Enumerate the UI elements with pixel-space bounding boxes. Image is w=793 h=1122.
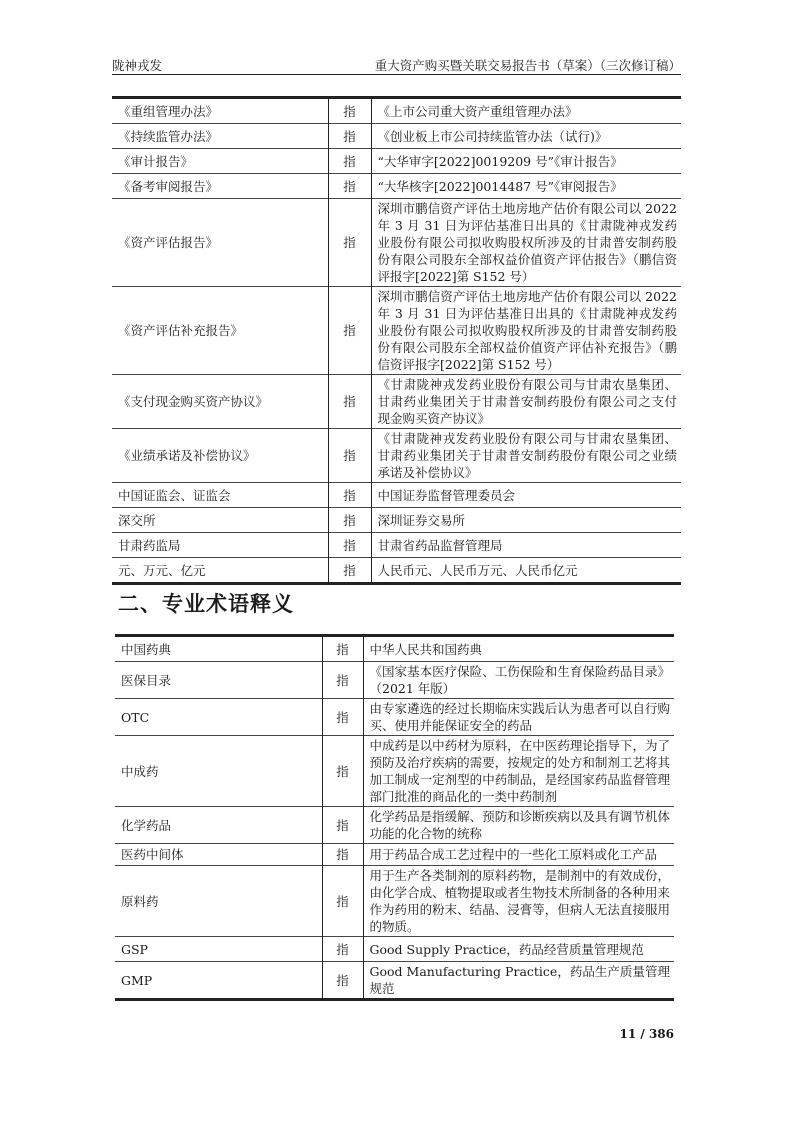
term-cell: 《备考审阅报告》 <box>112 174 328 199</box>
zhi-cell: 指 <box>328 149 371 174</box>
definition-cell: 用于生产各类制剂的原料药物，是制剂中的有效成份，由化学合成、植物提取或者生物技术… <box>363 866 674 937</box>
page-header: 陇神戎发 重大资产购买暨关联交易报告书（草案）（三次修订稿） <box>112 56 681 75</box>
table-row: 化学药品 指 化学药品是指缓解、预防和诊断疾病以及具有调节机体功能的化合物的统称 <box>115 807 674 844</box>
definitions-table: 《重组管理办法》 指 《上市公司重大资产重组管理办法》 《持续监管办法》 指 《… <box>112 96 681 585</box>
term-cell: 化学药品 <box>115 807 322 844</box>
zhi-cell: 指 <box>328 174 371 199</box>
term-cell: 中国药典 <box>115 636 322 662</box>
zhi-cell: 指 <box>322 844 363 866</box>
table-row: 原料药 指 用于生产各类制剂的原料药物，是制剂中的有效成份，由化学合成、植物提取… <box>115 866 674 937</box>
zhi-cell: 指 <box>328 199 371 287</box>
term-cell: 甘肃药监局 <box>112 533 328 558</box>
term-cell: 《审计报告》 <box>112 149 328 174</box>
zhi-cell: 指 <box>322 962 363 1000</box>
definition-cell: 《甘肃陇神戎发药业股份有限公司与甘肃农垦集团、甘肃药业集团关于甘肃普安制药股份有… <box>371 429 681 483</box>
table-row: 《备考审阅报告》 指 “大华核字[2022]0014487 号”《审阅报告》 <box>112 174 681 199</box>
table-row: GSP 指 Good Supply Practice，药品经营质量管理规范 <box>115 937 674 962</box>
zhi-cell: 指 <box>328 483 371 508</box>
term-cell: 中成药 <box>115 736 322 807</box>
term-cell: 医保目录 <box>115 662 322 699</box>
term-cell: 深交所 <box>112 508 328 533</box>
zhi-cell: 指 <box>322 636 363 662</box>
definition-cell: 由专家遴选的经过长期临床实践后认为患者可以自行购买、使用并能保证安全的药品 <box>363 699 674 736</box>
definition-cell: 《创业板上市公司持续监管办法（试行)》 <box>371 124 681 149</box>
definition-cell: 用于药品合成工艺过程中的一些化工原料或化工产品 <box>363 844 674 866</box>
definition-cell: 甘肃省药品监督管理局 <box>371 533 681 558</box>
zhi-cell: 指 <box>328 124 371 149</box>
definition-cell: 人民币元、人民币万元、人民币亿元 <box>371 558 681 584</box>
table-row: 《支付现金购买资产协议》 指 《甘肃陇神戎发药业股份有限公司与甘肃农垦集团、甘肃… <box>112 375 681 429</box>
table-row: 深交所 指 深圳证券交易所 <box>112 508 681 533</box>
zhi-cell: 指 <box>328 98 371 124</box>
table-row: 医药中间体 指 用于药品合成工艺过程中的一些化工原料或化工产品 <box>115 844 674 866</box>
definition-cell: 《甘肃陇神戎发药业股份有限公司与甘肃农垦集团、甘肃药业集团关于甘肃普安制药股份有… <box>371 375 681 429</box>
table-row: OTC 指 由专家遴选的经过长期临床实践后认为患者可以自行购买、使用并能保证安全… <box>115 699 674 736</box>
zhi-cell: 指 <box>322 866 363 937</box>
table-row: 《业绩承诺及补偿协议》 指 《甘肃陇神戎发药业股份有限公司与甘肃农垦集团、甘肃药… <box>112 429 681 483</box>
table-row: 医保目录 指 《国家基本医疗保险、工伤保险和生育保险药品目录》（2021 年版） <box>115 662 674 699</box>
zhi-cell: 指 <box>322 736 363 807</box>
term-cell: 元、万元、亿元 <box>112 558 328 584</box>
definition-cell: 《国家基本医疗保险、工伤保险和生育保险药品目录》（2021 年版） <box>363 662 674 699</box>
zhi-cell: 指 <box>322 807 363 844</box>
terms-table: 中国药典 指 中华人民共和国药典 医保目录 指 《国家基本医疗保险、工伤保险和生… <box>115 634 674 1001</box>
term-cell: 《重组管理办法》 <box>112 98 328 124</box>
zhi-cell: 指 <box>322 662 363 699</box>
term-cell: GSP <box>115 937 322 962</box>
definition-cell: Good Manufacturing Practice，药品生产质量管理规范 <box>363 962 674 1000</box>
page-number: 11 / 386 <box>620 1027 675 1041</box>
zhi-cell: 指 <box>322 699 363 736</box>
header-company: 陇神戎发 <box>112 56 162 74</box>
definition-cell: 中华人民共和国药典 <box>363 636 674 662</box>
definition-cell: 中国证券监督管理委员会 <box>371 483 681 508</box>
table-row: 中国证监会、证监会 指 中国证券监督管理委员会 <box>112 483 681 508</box>
zhi-cell: 指 <box>328 287 371 375</box>
definition-cell: 深圳市鹏信资产评估土地房地产估价有限公司以 2022 年 3 月 31 日为评估… <box>371 199 681 287</box>
zhi-cell: 指 <box>328 429 371 483</box>
term-cell: GMP <box>115 962 322 1000</box>
definition-cell: 深圳市鹏信资产评估土地房地产估价有限公司以 2022 年 3 月 31 日为评估… <box>371 287 681 375</box>
table-row: 甘肃药监局 指 甘肃省药品监督管理局 <box>112 533 681 558</box>
table-row: 《审计报告》 指 “大华审字[2022]0019209 号”《审计报告》 <box>112 149 681 174</box>
table-row: 《重组管理办法》 指 《上市公司重大资产重组管理办法》 <box>112 98 681 124</box>
table-row: 中成药 指 中成药是以中药材为原料，在中医药理论指导下，为了预防及治疗疾病的需要… <box>115 736 674 807</box>
table-row: GMP 指 Good Manufacturing Practice，药品生产质量… <box>115 962 674 1000</box>
table-row: 《资产评估报告》 指 深圳市鹏信资产评估土地房地产估价有限公司以 2022 年 … <box>112 199 681 287</box>
term-cell: 医药中间体 <box>115 844 322 866</box>
zhi-cell: 指 <box>328 533 371 558</box>
term-cell: 《业绩承诺及补偿协议》 <box>112 429 328 483</box>
term-cell: 原料药 <box>115 866 322 937</box>
term-cell: 《资产评估报告》 <box>112 199 328 287</box>
definition-cell: Good Supply Practice，药品经营质量管理规范 <box>363 937 674 962</box>
definition-cell: 深圳证券交易所 <box>371 508 681 533</box>
section-title: 二、专业术语释义 <box>118 588 294 618</box>
definition-cell: 《上市公司重大资产重组管理办法》 <box>371 98 681 124</box>
zhi-cell: 指 <box>328 508 371 533</box>
definition-cell: 化学药品是指缓解、预防和诊断疾病以及具有调节机体功能的化合物的统称 <box>363 807 674 844</box>
table-row: 元、万元、亿元 指 人民币元、人民币万元、人民币亿元 <box>112 558 681 584</box>
table-row: 中国药典 指 中华人民共和国药典 <box>115 636 674 662</box>
definition-cell: “大华核字[2022]0014487 号”《审阅报告》 <box>371 174 681 199</box>
table-row: 《持续监管办法》 指 《创业板上市公司持续监管办法（试行)》 <box>112 124 681 149</box>
definition-cell: 中成药是以中药材为原料，在中医药理论指导下，为了预防及治疗疾病的需要，按规定的处… <box>363 736 674 807</box>
definition-cell: “大华审字[2022]0019209 号”《审计报告》 <box>371 149 681 174</box>
term-cell: 中国证监会、证监会 <box>112 483 328 508</box>
term-cell: 《持续监管办法》 <box>112 124 328 149</box>
term-cell: 《支付现金购买资产协议》 <box>112 375 328 429</box>
header-document-title: 重大资产购买暨关联交易报告书（草案）（三次修订稿） <box>375 56 681 74</box>
zhi-cell: 指 <box>328 558 371 584</box>
term-cell: 《资产评估补充报告》 <box>112 287 328 375</box>
zhi-cell: 指 <box>328 375 371 429</box>
zhi-cell: 指 <box>322 937 363 962</box>
term-cell: OTC <box>115 699 322 736</box>
table-row: 《资产评估补充报告》 指 深圳市鹏信资产评估土地房地产估价有限公司以 2022 … <box>112 287 681 375</box>
